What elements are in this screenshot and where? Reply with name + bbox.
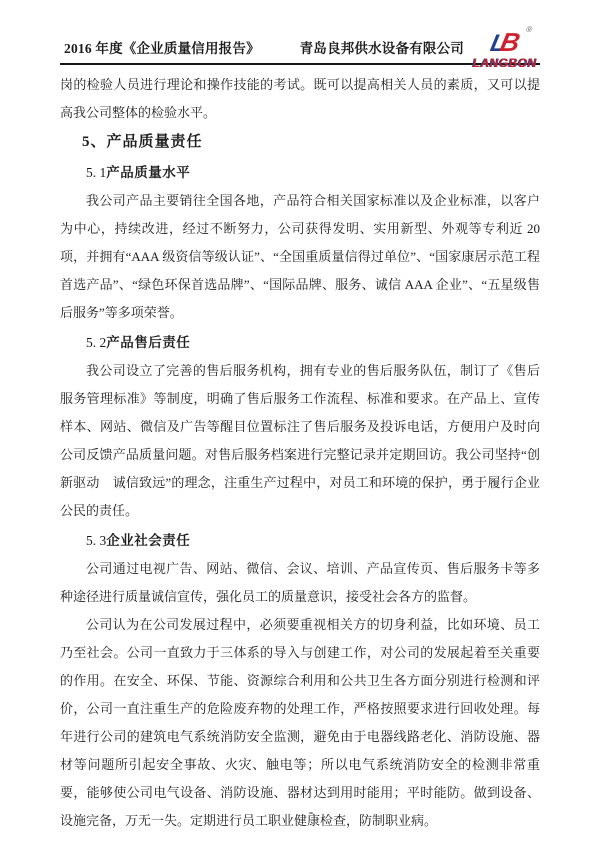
subsection-number: 5. 3 xyxy=(86,533,106,548)
langbon-logo-icon: LB ® xyxy=(488,29,522,56)
continuation-paragraph: 岗的检验人员进行理论和操作技能的考试。既可以提高相关人员的素质，又可以提高我公司… xyxy=(60,71,540,127)
subsection-title: 企业社会责任 xyxy=(106,533,190,548)
paragraph: 公司通过电视广告、网站、微信、会议、培训、产品宣传页、售后服务卡等多种途径进行质… xyxy=(60,555,540,611)
paragraph: 我公司产品主要销往全国各地，产品符合相关国家标准以及企业标准，以客户为中心，持续… xyxy=(60,187,540,327)
page-header: 2016 年度《企业质量信用报告》 青岛良邦供水设备有限公司 LB ® LANG… xyxy=(60,40,540,65)
registered-trademark-icon: ® xyxy=(525,26,533,34)
logo-brand-text: LANGBON xyxy=(466,57,544,69)
section-title: 产品质量责任 xyxy=(107,134,203,150)
subsection-number: 5. 2 xyxy=(86,335,106,350)
subsection-product-quality-level: 5. 1产品质量水平 我公司产品主要销往全国各地，产品符合相关国家标准以及企业标… xyxy=(60,159,540,327)
page-footer: - xyxy=(0,805,600,819)
subsection-corporate-social-responsibility: 5. 3企业社会责任 公司通过电视广告、网站、微信、会议、培训、产品宣传页、售后… xyxy=(60,527,540,835)
subsection-title: 产品质量水平 xyxy=(106,165,190,180)
subsection-heading: 5. 2产品售后责任 xyxy=(86,329,540,357)
report-title: 2016 年度《企业质量信用报告》 xyxy=(64,40,260,58)
page-number-mark: - xyxy=(309,804,313,819)
subsection-number: 5. 1 xyxy=(86,165,106,180)
company-logo: LB ® LANGBON xyxy=(466,29,544,69)
section-heading: 5、产品质量责任 xyxy=(82,127,540,157)
subsection-after-sales-responsibility: 5. 2产品售后责任 我公司设立了完善的售后服务机构，拥有专业的售后服务队伍，制… xyxy=(60,329,540,525)
document-body: 岗的检验人员进行理论和操作技能的考试。既可以提高相关人员的素质，又可以提高我公司… xyxy=(60,65,540,835)
company-name: 青岛良邦供水设备有限公司 xyxy=(300,40,464,58)
paragraph: 公司认为在公司发展过程中，必须要重视相关方的切身利益，比如环境、员工乃至社会。公… xyxy=(60,611,540,835)
subsection-title: 产品售后责任 xyxy=(106,335,190,350)
paragraph: 我公司设立了完善的售后服务机构，拥有专业的售后服务队伍，制订了《售后服务管理标准… xyxy=(60,357,540,525)
subsection-heading: 5. 1产品质量水平 xyxy=(86,159,540,187)
document-page: 2016 年度《企业质量信用报告》 青岛良邦供水设备有限公司 LB ® LANG… xyxy=(0,0,600,849)
subsection-heading: 5. 3企业社会责任 xyxy=(86,527,540,555)
section-number: 5、 xyxy=(82,134,107,150)
